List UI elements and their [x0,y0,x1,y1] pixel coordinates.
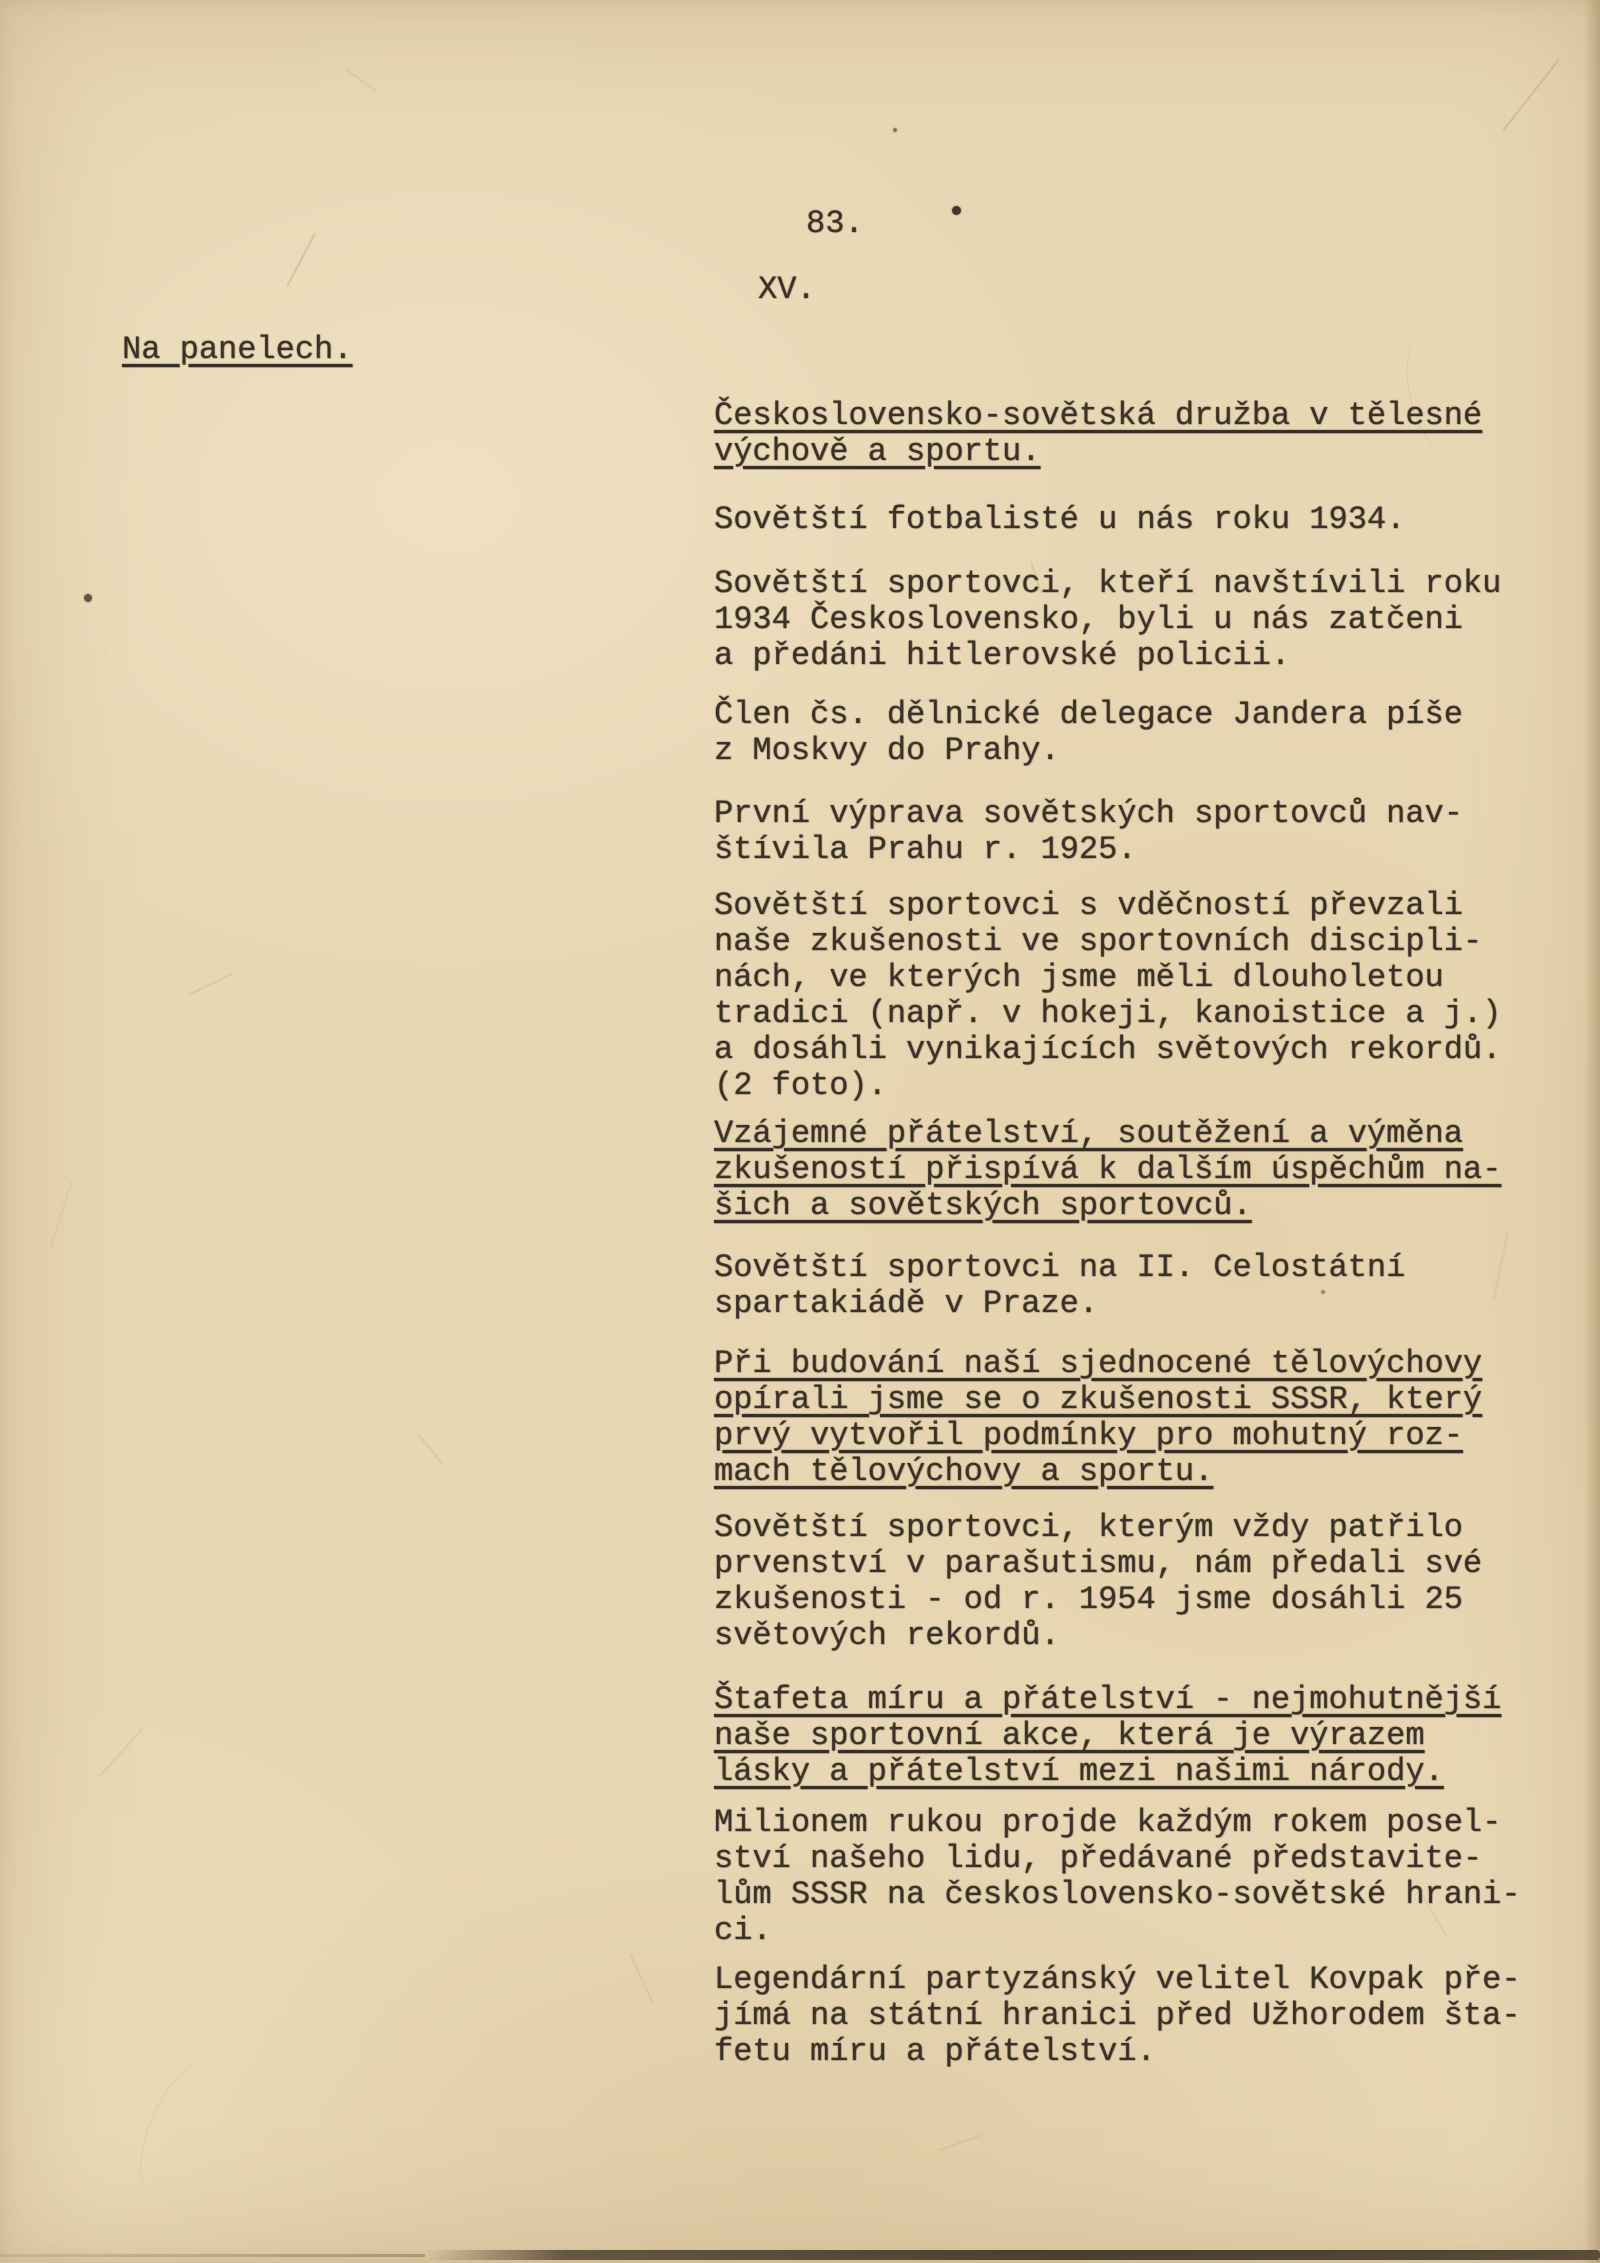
paper-fiber [344,68,378,93]
paragraph: První výprava sovětských sportovců nav- … [714,796,1463,868]
scan-right-edge [1584,0,1600,2263]
ink-dot [84,594,92,602]
paper-background: 83. XV. Na panelech. Československo-sově… [0,0,1600,2263]
paragraph-underlined: Vzájemné přátelství, soutěžení a výměna … [714,1116,1501,1224]
paper-fiber [1503,59,1560,131]
paragraph: Milionem rukou projde každým rokem posel… [714,1805,1521,1949]
ink-speck [1321,1290,1325,1294]
paper-fiber [628,1952,653,2003]
scan-bottom-hairline [0,2254,425,2257]
paper-fiber [49,1181,73,1248]
paragraph: Sovětští sportovci, kteří navštívili rok… [714,566,1501,674]
paragraph: Sovětští sportovci na II. Celostátní spa… [714,1250,1405,1322]
scan-bottom-edge [425,2250,1600,2260]
paper-crease [120,2040,261,2219]
ink-dot [952,206,961,215]
paper-fiber [189,973,233,996]
paper-fiber [940,2134,983,2151]
ink-speck [893,128,897,132]
side-heading: Na panelech. [122,332,352,368]
paper-fiber [286,233,316,287]
paragraph-underlined: Při budování naší sjednocené tělovýchovy… [714,1346,1482,1490]
paragraph: Legendární partyzánský velitel Kovpak př… [714,1962,1521,2070]
paper-fiber [1493,1231,1510,1300]
section-number: XV. [758,272,816,308]
scanned-document-page: { "page": { "page_number": "83.", "secti… [0,0,1600,2263]
page-number: 83. [806,206,864,242]
paragraph: Sovětští sportovci s vděčností převzali … [714,888,1501,1104]
paragraph: Sovětští sportovci, kterým vždy patřilo … [714,1510,1482,1654]
paper-fiber [99,1728,144,1778]
paragraph: Člen čs. dělnické delegace Jandera píše … [714,697,1463,769]
paper-fiber [417,1434,444,1466]
paragraph-title: Československo-sovětská družba v tělesné… [714,398,1482,470]
paragraph: Sovětští fotbalisté u nás roku 1934. [714,502,1405,538]
paragraph-underlined: Štafeta míru a přátelství - nejmohutnějš… [714,1682,1501,1790]
